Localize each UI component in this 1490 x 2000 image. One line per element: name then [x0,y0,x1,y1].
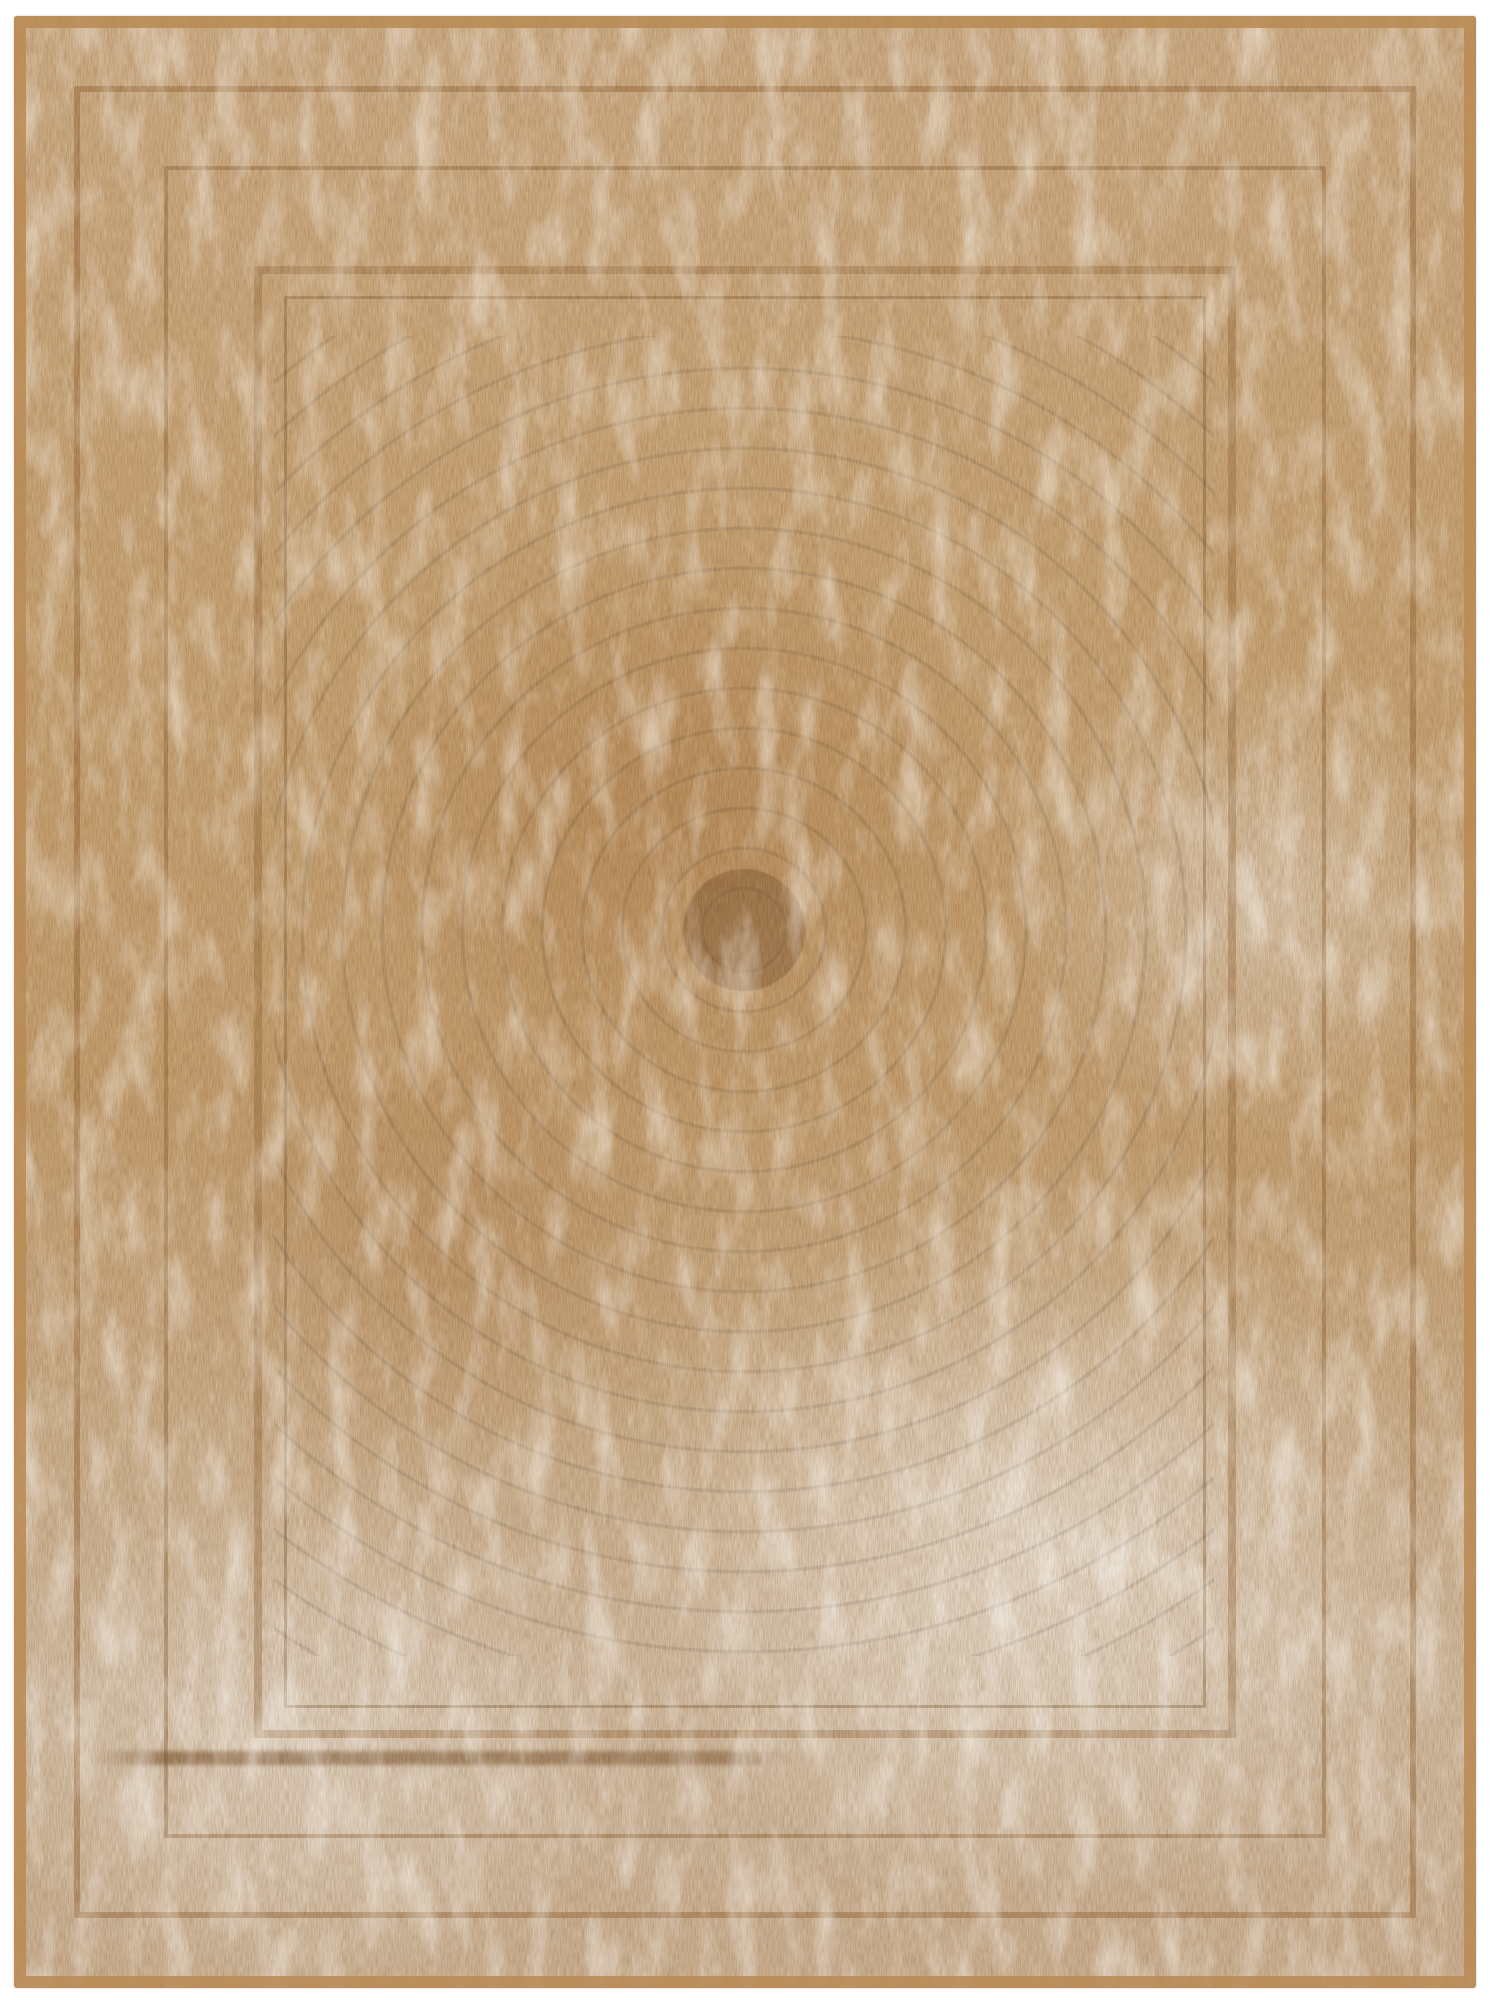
rug-binding-edge [14,16,1476,1988]
rug [14,16,1476,1988]
product-photo [0,0,1490,2000]
